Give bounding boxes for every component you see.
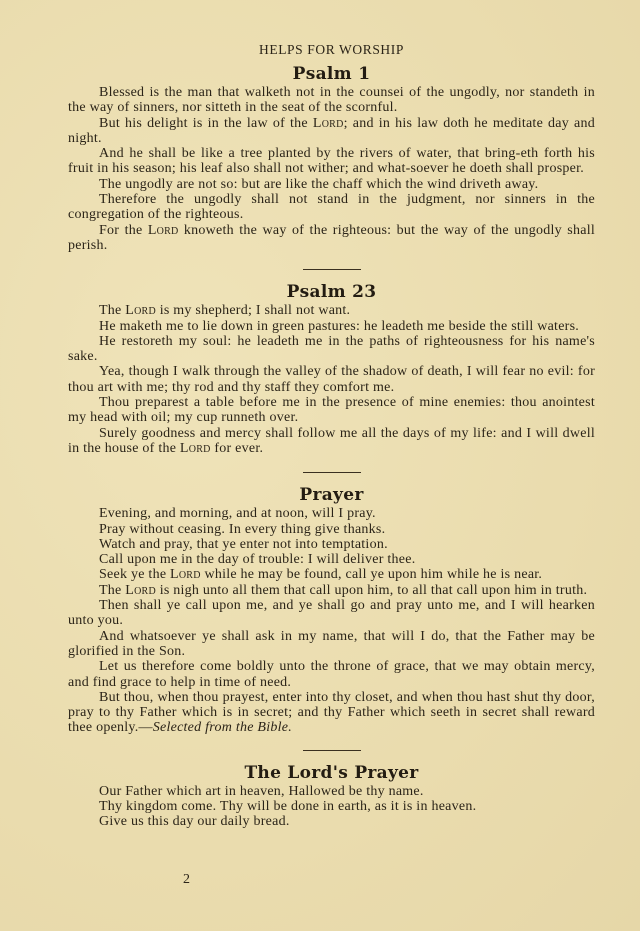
verse: Seek ye the Lord while he may be found, … (68, 567, 595, 582)
verse: Therefore the ungodly shall not stand in… (68, 192, 595, 223)
section-divider (303, 269, 361, 270)
verse: Yea, though I walk through the valley of… (68, 364, 595, 395)
verse: Surely goodness and mercy shall follow m… (68, 426, 595, 457)
verse-line: Pray without ceasing. In every thing giv… (68, 522, 595, 537)
section-title: The Lord's Prayer (68, 764, 595, 782)
verse: Then shall ye call upon me, and ye shall… (68, 598, 595, 629)
section-divider (303, 472, 361, 473)
verse-line: Our Father which art in heaven, Hallowed… (68, 784, 595, 799)
running-head: HELPS FOR WORSHIP (68, 42, 595, 57)
section-divider (303, 750, 361, 751)
verse: He maketh me to lie down in green pastur… (68, 319, 595, 334)
verse: But thou, when thou prayest, enter into … (68, 690, 595, 736)
verse: The Lord is nigh unto all them that call… (68, 583, 595, 598)
verse: But his delight is in the law of the Lor… (68, 116, 595, 147)
verse-line: Watch and pray, that ye enter not into t… (68, 537, 595, 552)
page-body: HELPS FOR WORSHIP Psalm 1 Blessed is the… (68, 42, 595, 830)
attribution: Selected from the Bible. (153, 720, 292, 735)
section-title: Prayer (68, 486, 595, 504)
verse: He restoreth my soul: he leadeth me in t… (68, 334, 595, 365)
verse: Blessed is the man that walketh not in t… (68, 85, 595, 116)
section-prayer: Prayer Evening, and morning, and at noon… (68, 486, 595, 735)
section-title: Psalm 23 (68, 283, 595, 301)
section-lords-prayer: The Lord's Prayer Our Father which art i… (68, 764, 595, 830)
verse-line: Give us this day our daily bread. (68, 814, 595, 829)
section-psalm-23: Psalm 23 The Lord is my shepherd; I shal… (68, 283, 595, 456)
verse: The ungodly are not so: but are like the… (68, 177, 595, 192)
verse-line: Call upon me in the day of trouble: I wi… (68, 552, 595, 567)
section-psalm-1: Psalm 1 Blessed is the man that walketh … (68, 65, 595, 253)
verse: And he shall be like a tree planted by t… (68, 146, 595, 177)
verse-line: Thy kingdom come. Thy will be done in ea… (68, 799, 595, 814)
verse: For the Lord knoweth the way of the righ… (68, 223, 595, 254)
verse: And whatsoever ye shall ask in my name, … (68, 629, 595, 660)
verse: The Lord is my shepherd; I shall not wan… (68, 303, 595, 318)
verse: Let us therefore come boldly unto the th… (68, 659, 595, 690)
section-title: Psalm 1 (68, 65, 595, 83)
verse: Thou preparest a table before me in the … (68, 395, 595, 426)
verse-line: Evening, and morning, and at noon, will … (68, 506, 595, 521)
page-number: 2 (183, 872, 190, 887)
